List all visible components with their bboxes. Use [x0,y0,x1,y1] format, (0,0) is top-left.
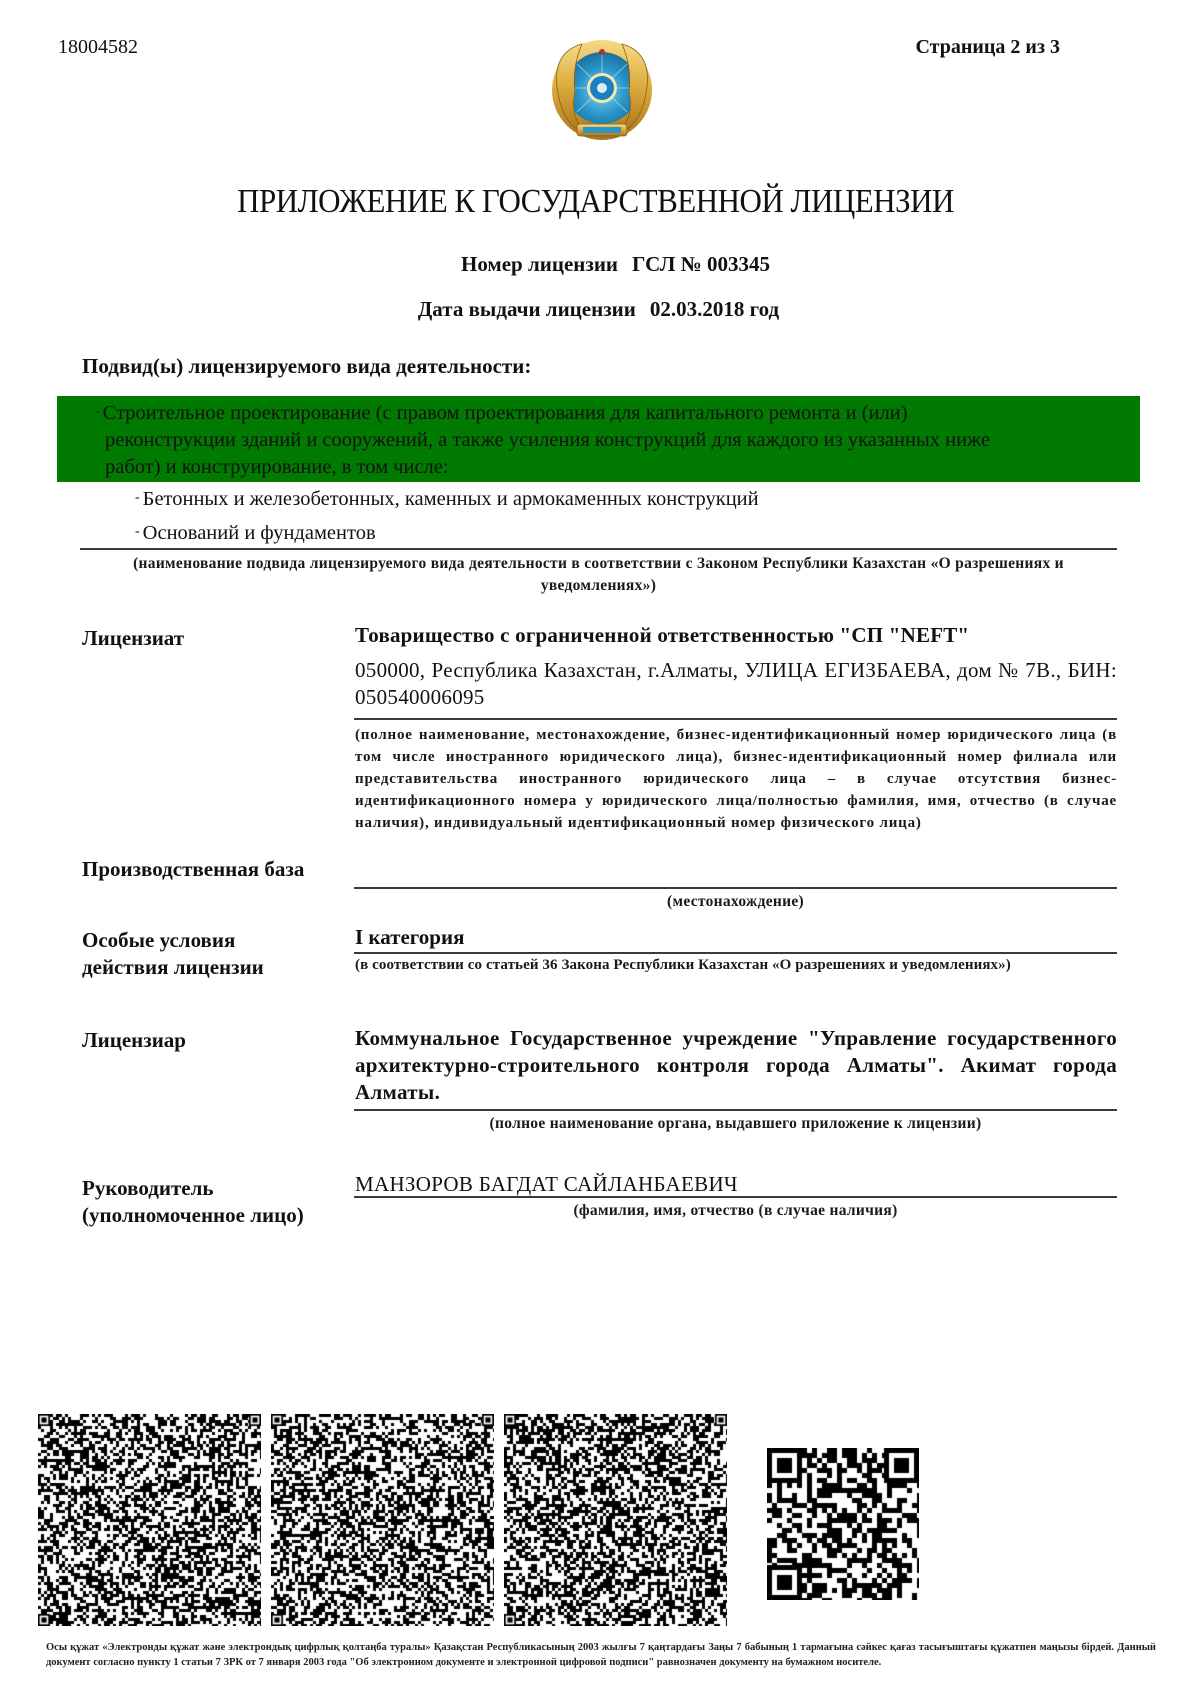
divider [354,718,1117,720]
divider [80,548,1117,550]
special-conditions-value: I категория [355,925,1117,950]
licensee-name: Товарищество с ограниченной ответственно… [355,623,1117,648]
licensor-label: Лицензиар [82,1027,186,1054]
subtype-main-item: -Строительное проектирование (с правом п… [95,398,1135,481]
subtype-main-line-1: Строительное проектирование (с правом пр… [103,402,908,424]
subtype-sub-item-label: Бетонных и железобетонных, каменных и ар… [143,488,759,510]
license-date-value: 02.03.2018 год [650,297,779,321]
page-indicator: Страница 2 из 3 [915,36,1060,59]
licensee-address: 050000, Республика Казахстан, г.Алматы, … [355,657,1117,711]
head-name: МАНЗОРОВ БАГДАТ САЙЛАНБАЕВИЧ [355,1172,1117,1197]
barcode-2-icon [271,1414,494,1626]
special-conditions-note: (в соответствии со статьей 36 Закона Рес… [355,957,1117,974]
state-emblem-icon [547,32,657,147]
head-label: Руководитель (уполномоченное лицо) [82,1175,304,1229]
license-number-label: Номер лицензии [461,252,618,276]
production-base-note: (местонахождение) [354,893,1117,911]
special-conditions-label-line-1: Особые условия [82,927,264,954]
head-label-line-1: Руководитель [82,1175,304,1202]
subtype-main-line-3: работ) и конструирование, в том числе: [95,454,1135,481]
special-conditions-label-line-2: действия лицензии [82,954,264,981]
licensor-value: Коммунальное Государственное учреждение … [355,1025,1117,1106]
bullet-dash-icon: - [95,404,100,419]
production-base-field-line [354,887,1117,889]
production-base-label: Производственная база [82,856,304,883]
license-number-row: Номер лицензииГСЛ № 003345 [0,252,1191,277]
document-id: 18004582 [58,36,138,59]
head-note: (фамилия, имя, отчество (в случае наличи… [354,1202,1117,1220]
divider [354,952,1117,954]
barcode-1-icon [38,1414,261,1626]
license-date-label: Дата выдачи лицензии [418,297,636,321]
divider [354,1109,1117,1111]
subtype-sub-item: -Оснований и фундаментов [135,518,376,547]
licensor-note: (полное наименование органа, выдавшего п… [354,1115,1117,1133]
page-title: ПРИЛОЖЕНИЕ К ГОСУДАРСТВЕННОЙ ЛИЦЕНЗИИ [0,182,1191,221]
special-conditions-label: Особые условия действия лицензии [82,927,264,981]
subtypes-heading: Подвид(ы) лицензируемого вида деятельнос… [82,354,531,379]
legal-footer: Осы құжат «Электронды құжат және электро… [46,1640,1156,1670]
license-date-row: Дата выдачи лицензии02.03.2018 год [0,297,1191,322]
licensee-label: Лицензиат [82,625,184,652]
subtype-sub-item: -Бетонных и железобетонных, каменных и а… [135,484,759,513]
subtype-main-line-2: реконструкции зданий и сооружений, а так… [95,427,1135,454]
divider [354,1196,1117,1198]
head-label-line-2: (уполномоченное лицо) [82,1202,304,1229]
qr-code-icon [767,1448,919,1600]
subtype-sub-item-label: Оснований и фундаментов [143,522,376,544]
licensee-note: (полное наименование, местонахождение, б… [355,724,1117,834]
bullet-dash-icon: - [135,524,140,539]
barcode-3-icon [504,1414,727,1626]
license-number-value: ГСЛ № 003345 [632,252,770,276]
subtypes-note: (наименование подвида лицензируемого вид… [80,553,1117,597]
bullet-dash-icon: - [135,490,140,505]
